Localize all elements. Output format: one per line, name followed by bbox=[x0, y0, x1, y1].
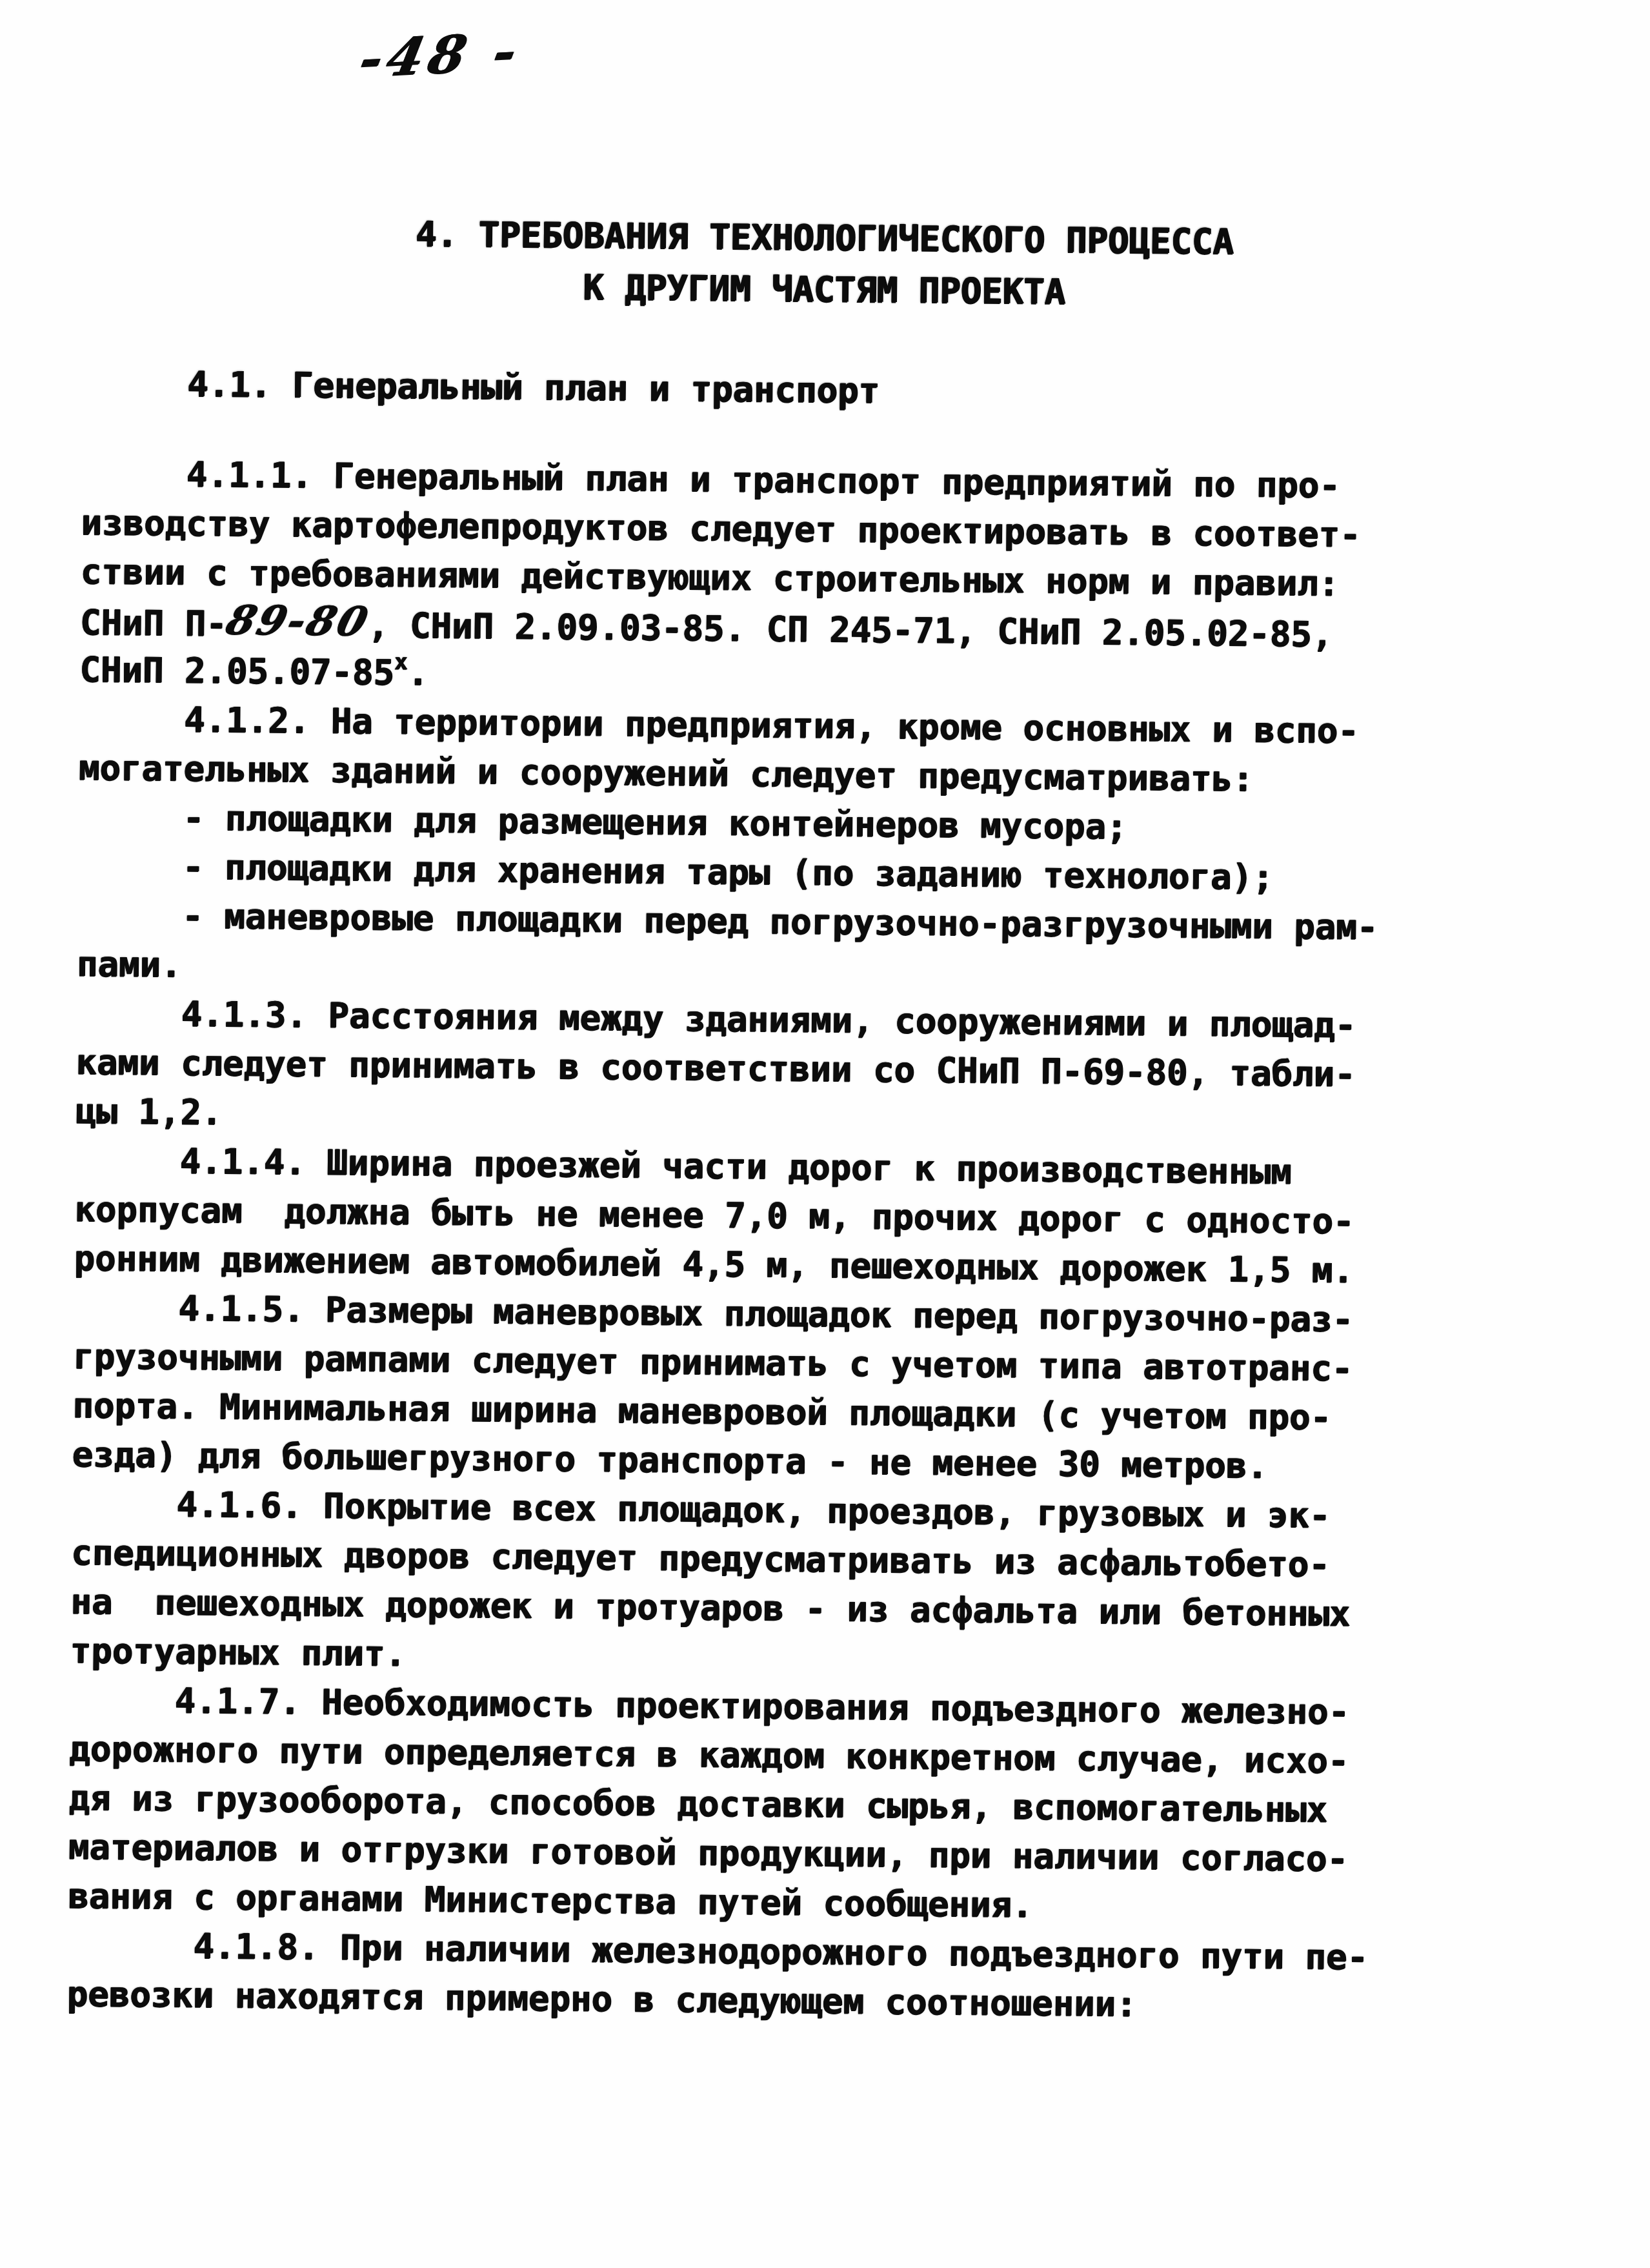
chapter-title: 4. ТРЕБОВАНИЯ ТЕХНОЛОГИЧЕСКОГО ПРОЦЕССА … bbox=[83, 205, 1565, 323]
paragraph-4-1-4: 4.1.4. Ширина проезжей части дорог к про… bbox=[74, 1136, 1556, 1297]
document-content: 4. ТРЕБОВАНИЯ ТЕХНОЛОГИЧЕСКОГО ПРОЦЕССА … bbox=[66, 205, 1565, 2033]
paragraph-4-1-6: 4.1.6. Покрытие всех площадок, проездов,… bbox=[70, 1479, 1553, 1690]
snip-ref-prefix: СНиП П- bbox=[79, 602, 226, 644]
page-number: -48 - bbox=[354, 21, 527, 90]
footnote-marker: х bbox=[394, 649, 408, 675]
paragraph-4-1-8: 4.1.8. При наличии железнодорожного подъ… bbox=[66, 1921, 1549, 2033]
paragraph-4-1-7: 4.1.7. Необходимость проектирования подъ… bbox=[67, 1676, 1551, 1935]
snip-ref: СНиП 2.05.07-85 bbox=[79, 649, 394, 693]
paragraph-4-1-3: 4.1.3. Расстояния между зданиями, сооруж… bbox=[75, 989, 1558, 1150]
snip-ref-suffix: , СНиП 2.09.03-85. СП 245-71, СНиП 2.05.… bbox=[367, 605, 1333, 654]
paragraph-4-1-1: 4.1.1. Генеральный план и транспорт пред… bbox=[79, 449, 1564, 709]
paragraph-4-1-2: 4.1.2. На территории предприятия, кроме … bbox=[76, 694, 1560, 1003]
paragraph-4-1-5: 4.1.5. Размеры маневровых площадок перед… bbox=[72, 1283, 1555, 1493]
handwritten-correction: 89-80 bbox=[221, 596, 375, 646]
scan-page: -48 - 4. ТРЕБОВАНИЯ ТЕХНОЛОГИЧЕСКОГО ПРО… bbox=[0, 0, 1650, 2268]
period: . bbox=[407, 653, 428, 693]
section-heading: 4.1. Генеральный план и транспорт bbox=[82, 359, 1564, 422]
